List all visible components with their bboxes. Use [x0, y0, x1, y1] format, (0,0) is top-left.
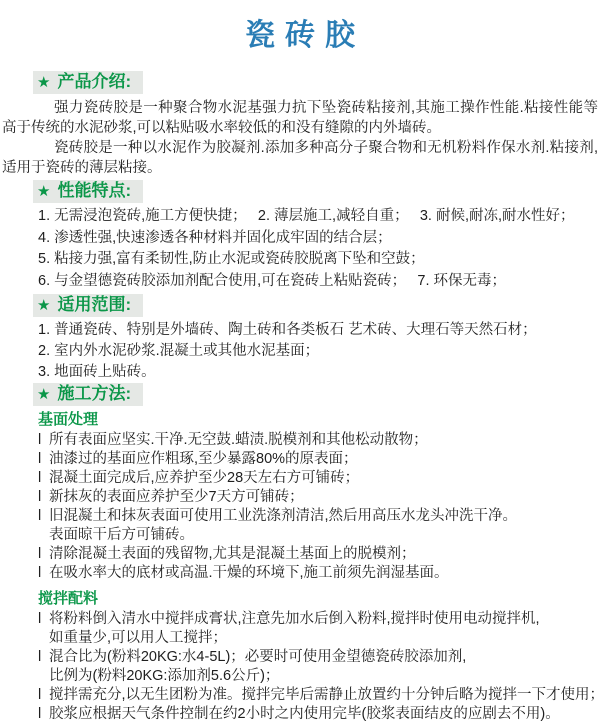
bullet-icon: l: [38, 705, 49, 724]
feature-line: 4. 渗透性强,快速渗透各种材料并固化成牢固的结合层；: [38, 228, 598, 250]
bullet-icon: l: [38, 469, 49, 488]
bullet-icon: l: [38, 450, 49, 469]
intro-paragraphs: 强力瓷砖胶是一种聚合物水泥基强力抗下坠瓷砖粘接剂,其施工操作性能.粘接性能等高于…: [2, 98, 598, 178]
bullet-text: 胶浆应根据天气条件控制在约2小时之内使用完毕(胶浆表面结皮的应剧去不用)。: [49, 706, 560, 722]
intro-paragraph: 强力瓷砖胶是一种聚合物水泥基强力抗下坠瓷砖粘接剂,其施工操作性能.粘接性能等高于…: [2, 98, 598, 138]
feature-line: 6. 与金望德瓷砖胶添加剂配合使用,可在瓷砖上粘贴瓷砖； 7. 环保无毒；: [38, 271, 598, 293]
bullet-continuation: 如重量少,可以用人工搅拌；: [38, 629, 598, 648]
bullet-item: l旧混凝土和抹灰表面可使用工业洗涤剂清洁,然后用高压水龙头冲洗干净。: [38, 507, 598, 526]
section-performance-features: ★性能特点: 1. 无需浸泡瓷砖,施工方便快捷； 2. 薄层施工,减轻自重； 3…: [2, 178, 598, 292]
bullet-icon: l: [38, 545, 49, 564]
bullet-item: l混合比为(粉料20KG:水4-5L)；必要时可使用金望德瓷砖胶添加剂,: [38, 648, 598, 667]
star-icon: ★: [37, 386, 50, 403]
bullet-text: 油漆过的基面应作粗琢,至少暴露80%的原表面；: [49, 451, 358, 467]
bullet-icon: l: [38, 564, 49, 583]
bullet-item: l将粉料倒入清水中搅拌成膏状,注意先加水后倒入粉料,搅拌时使用电动搅拌机,: [38, 610, 598, 629]
bullet-item: l油漆过的基面应作粗琢,至少暴露80%的原表面；: [38, 450, 598, 469]
base-treatment-list: l所有表面应坚实.干净.无空鼓.蜡渍.脱模剂和其他松动散物； l油漆过的基面应作…: [38, 431, 598, 583]
section-header-label: 性能特点:: [57, 181, 131, 200]
bullet-icon: l: [38, 507, 49, 526]
bullet-icon: l: [38, 431, 49, 450]
bullet-text: 混凝土面完成后,应养护至少28天左右方可铺砖；: [49, 470, 359, 486]
section-header-label: 施工方法:: [57, 384, 131, 403]
scope-line: 2. 室内外水泥砂浆.混凝土或其他水泥基面；: [38, 341, 598, 362]
bullet-item: l新抹灰的表面应养护至少7天方可铺砖；: [38, 488, 598, 507]
intro-paragraph: 瓷砖胶是一种以水泥作为胶凝剂.添加多种高分子聚合物和无机粉料作保水剂.粘接剂,适…: [2, 138, 598, 178]
bullet-item: l所有表面应坚实.干净.无空鼓.蜡渍.脱模剂和其他松动散物；: [38, 431, 598, 450]
scope-line: 3. 地面砖上贴砖。: [38, 362, 598, 383]
bullet-item: l混凝土面完成后,应养护至少28天左右方可铺砖；: [38, 469, 598, 488]
bullet-text: 新抹灰的表面应养护至少7天方可铺砖；: [49, 489, 304, 505]
bullet-item: l搅拌需充分,以无生团粉为准。搅拌完毕后需静止放置约十分钟后略为搅拌一下才使用；: [38, 686, 598, 705]
bullet-text: 所有表面应坚实.干净.无空鼓.蜡渍.脱模剂和其他松动散物；: [49, 432, 428, 448]
section-header-construction-method: ★施工方法:: [33, 383, 143, 406]
section-header-application-scope: ★适用范围:: [33, 294, 143, 317]
section-construction-method: ★施工方法: 基面处理 l所有表面应坚实.干净.无空鼓.蜡渍.脱模剂和其他松动散…: [2, 383, 598, 724]
bullet-text: 混合比为(粉料20KG:水4-5L)；必要时可使用金望德瓷砖胶添加剂,: [49, 649, 466, 665]
bullet-text: 将粉料倒入清水中搅拌成膏状,注意先加水后倒入粉料,搅拌时使用电动搅拌机,: [49, 611, 540, 627]
scope-list: 1. 普通瓷砖、特别是外墙砖、陶土砖和各类板石 艺术砖、大理石等天然石材； 2.…: [38, 320, 598, 383]
bullet-icon: l: [38, 686, 49, 705]
section-header-product-intro: ★产品介绍:: [33, 71, 143, 94]
bullet-text: 旧混凝土和抹灰表面可使用工业洗涤剂清洁,然后用高压水龙头冲洗干净。: [49, 508, 517, 524]
bullet-text: 在吸水率大的底材或高温.干燥的环境下,施工前须先润湿基面。: [49, 565, 449, 581]
section-header-label: 产品介绍:: [57, 72, 131, 91]
mixing-list: l将粉料倒入清水中搅拌成膏状,注意先加水后倒入粉料,搅拌时使用电动搅拌机, 如重…: [38, 610, 598, 724]
bullet-text: 清除混凝土表面的残留物,尤其是混凝土基面上的脱模剂；: [49, 546, 416, 562]
section-product-intro: ★产品介绍: 强力瓷砖胶是一种聚合物水泥基强力抗下坠瓷砖粘接剂,其施工操作性能.…: [2, 54, 598, 178]
star-icon: ★: [37, 183, 50, 200]
bullet-item: l在吸水率大的底材或高温.干燥的环境下,施工前须先润湿基面。: [38, 564, 598, 583]
scope-line: 1. 普通瓷砖、特别是外墙砖、陶土砖和各类板石 艺术砖、大理石等天然石材；: [38, 320, 598, 341]
subsection-title-mixing: 搅拌配料: [38, 590, 598, 608]
bullet-item: l清除混凝土表面的残留物,尤其是混凝土基面上的脱模剂；: [38, 545, 598, 564]
star-icon: ★: [37, 74, 50, 91]
star-icon: ★: [37, 297, 50, 314]
document-page: 瓷砖胶 ★产品介绍: 强力瓷砖胶是一种聚合物水泥基强力抗下坠瓷砖粘接剂,其施工操…: [0, 0, 600, 727]
bullet-icon: l: [38, 488, 49, 507]
bullet-continuation: 表面晾干后方可铺砖。: [38, 526, 598, 545]
feature-line: 1. 无需浸泡瓷砖,施工方便快捷； 2. 薄层施工,减轻自重； 3. 耐候,耐冻…: [38, 206, 598, 228]
bullet-continuation: 比例为(粉料20KG:添加剂5.6公斤)；: [38, 667, 598, 686]
features-list: 1. 无需浸泡瓷砖,施工方便快捷； 2. 薄层施工,减轻自重； 3. 耐候,耐冻…: [38, 206, 598, 292]
bullet-text: 搅拌需充分,以无生团粉为准。搅拌完毕后需静止放置约十分钟后略为搅拌一下才使用；: [49, 687, 600, 703]
section-application-scope: ★适用范围: 1. 普通瓷砖、特别是外墙砖、陶土砖和各类板石 艺术砖、大理石等天…: [2, 292, 598, 383]
bullet-item: l胶浆应根据天气条件控制在约2小时之内使用完毕(胶浆表面结皮的应剧去不用)。: [38, 705, 598, 724]
bullet-icon: l: [38, 648, 49, 667]
section-header-performance-features: ★性能特点:: [33, 180, 143, 203]
page-title: 瓷砖胶: [2, 0, 598, 54]
section-header-label: 适用范围:: [57, 295, 131, 314]
feature-line: 5. 粘接力强,富有柔韧性,防止水泥或瓷砖胶脱离下坠和空鼓；: [38, 249, 598, 271]
subsection-title-base-treatment: 基面处理: [38, 411, 598, 429]
bullet-icon: l: [38, 610, 49, 629]
